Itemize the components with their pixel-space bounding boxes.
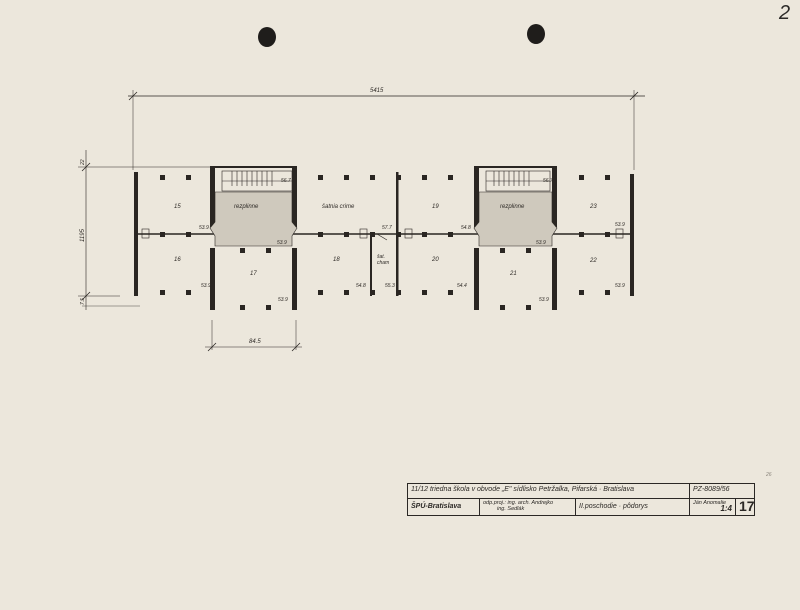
room-15: 15 [174, 204, 181, 210]
signature-cell: Ján Anomalie 1:4 [690, 498, 736, 515]
room-21: 21 [510, 271, 517, 277]
title-block-row-2: ŠPÚ-Bratislava odp.proj.: ing. arch. And… [408, 498, 754, 515]
office-name: ŠPÚ-Bratislava [408, 498, 480, 515]
architect-line-2: ing. Sedlák [483, 506, 572, 512]
room-18: 18 [333, 257, 340, 263]
elev-left-vest-east: 53.9 [277, 240, 287, 246]
elev-wc: 55.3 [385, 283, 395, 289]
drawing-sheet: 2 [0, 0, 800, 610]
elev-right-stair: 56.7 [543, 178, 553, 184]
room-23: 23 [590, 204, 597, 210]
vestibule-left-fill [210, 192, 297, 246]
stair-right [486, 171, 550, 191]
room-16: 16 [174, 257, 181, 263]
room-22: 22 [590, 258, 597, 264]
elev-room23: 53.9 [615, 222, 625, 228]
floor-plan [0, 0, 800, 610]
dim-overall-depth: 1195 [80, 229, 86, 242]
dim-bottom-offset: 7.5 [80, 298, 86, 305]
elev-room17: 53.9 [278, 297, 288, 303]
corridor-label: šatnia crime [322, 204, 354, 210]
title-block: 11/12 triedna škola v obvode „E" sídlisk… [407, 483, 755, 516]
elev-room16: 53.9 [201, 283, 211, 289]
elev-corridor-door: 57.7 [382, 225, 392, 231]
elev-room19: 54.8 [461, 225, 471, 231]
dim-top-offset: 22 [80, 159, 86, 165]
title-block-row-1: 11/12 triedna škola v obvode „E" sídlisk… [408, 484, 754, 499]
scale-note: 1:4 [693, 506, 732, 512]
vestibule-right-fill [474, 192, 557, 246]
elev-room21: 53.9 [539, 297, 549, 303]
wc-label: šat. cham [377, 254, 395, 266]
project-title: 11/12 triedna škola v obvode „E" sídlisk… [408, 484, 690, 498]
room-17: 17 [250, 271, 257, 277]
room-20: 20 [432, 257, 439, 263]
dim-overall-length: 5415 [370, 88, 383, 94]
elev-room20: 54.4 [457, 283, 467, 289]
margin-note: 26 [766, 472, 772, 478]
drawing-number: PZ-8089/56 [690, 484, 754, 498]
elev-room18: 54.8 [356, 283, 366, 289]
dim-bay-width: 84.5 [249, 339, 261, 345]
architect-cell: odp.proj.: ing. arch. Andrejko ing. Sedl… [480, 498, 576, 515]
elev-right-vest-east: 53.9 [536, 240, 546, 246]
vestibule-left-label: rezplinne [234, 204, 258, 210]
sheet-title: II.poschodie · pôdorys [576, 498, 690, 515]
west-wall [134, 172, 138, 296]
sheet-number: 17 [736, 498, 754, 515]
room-19: 19 [432, 204, 439, 210]
elev-left-stair: 56.7 [281, 178, 291, 184]
vestibule-right-label: rezplinne [500, 204, 524, 210]
east-wall [630, 174, 634, 296]
elev-room22: 53.9 [615, 283, 625, 289]
elev-left-vest-west: 53.9 [199, 225, 209, 231]
